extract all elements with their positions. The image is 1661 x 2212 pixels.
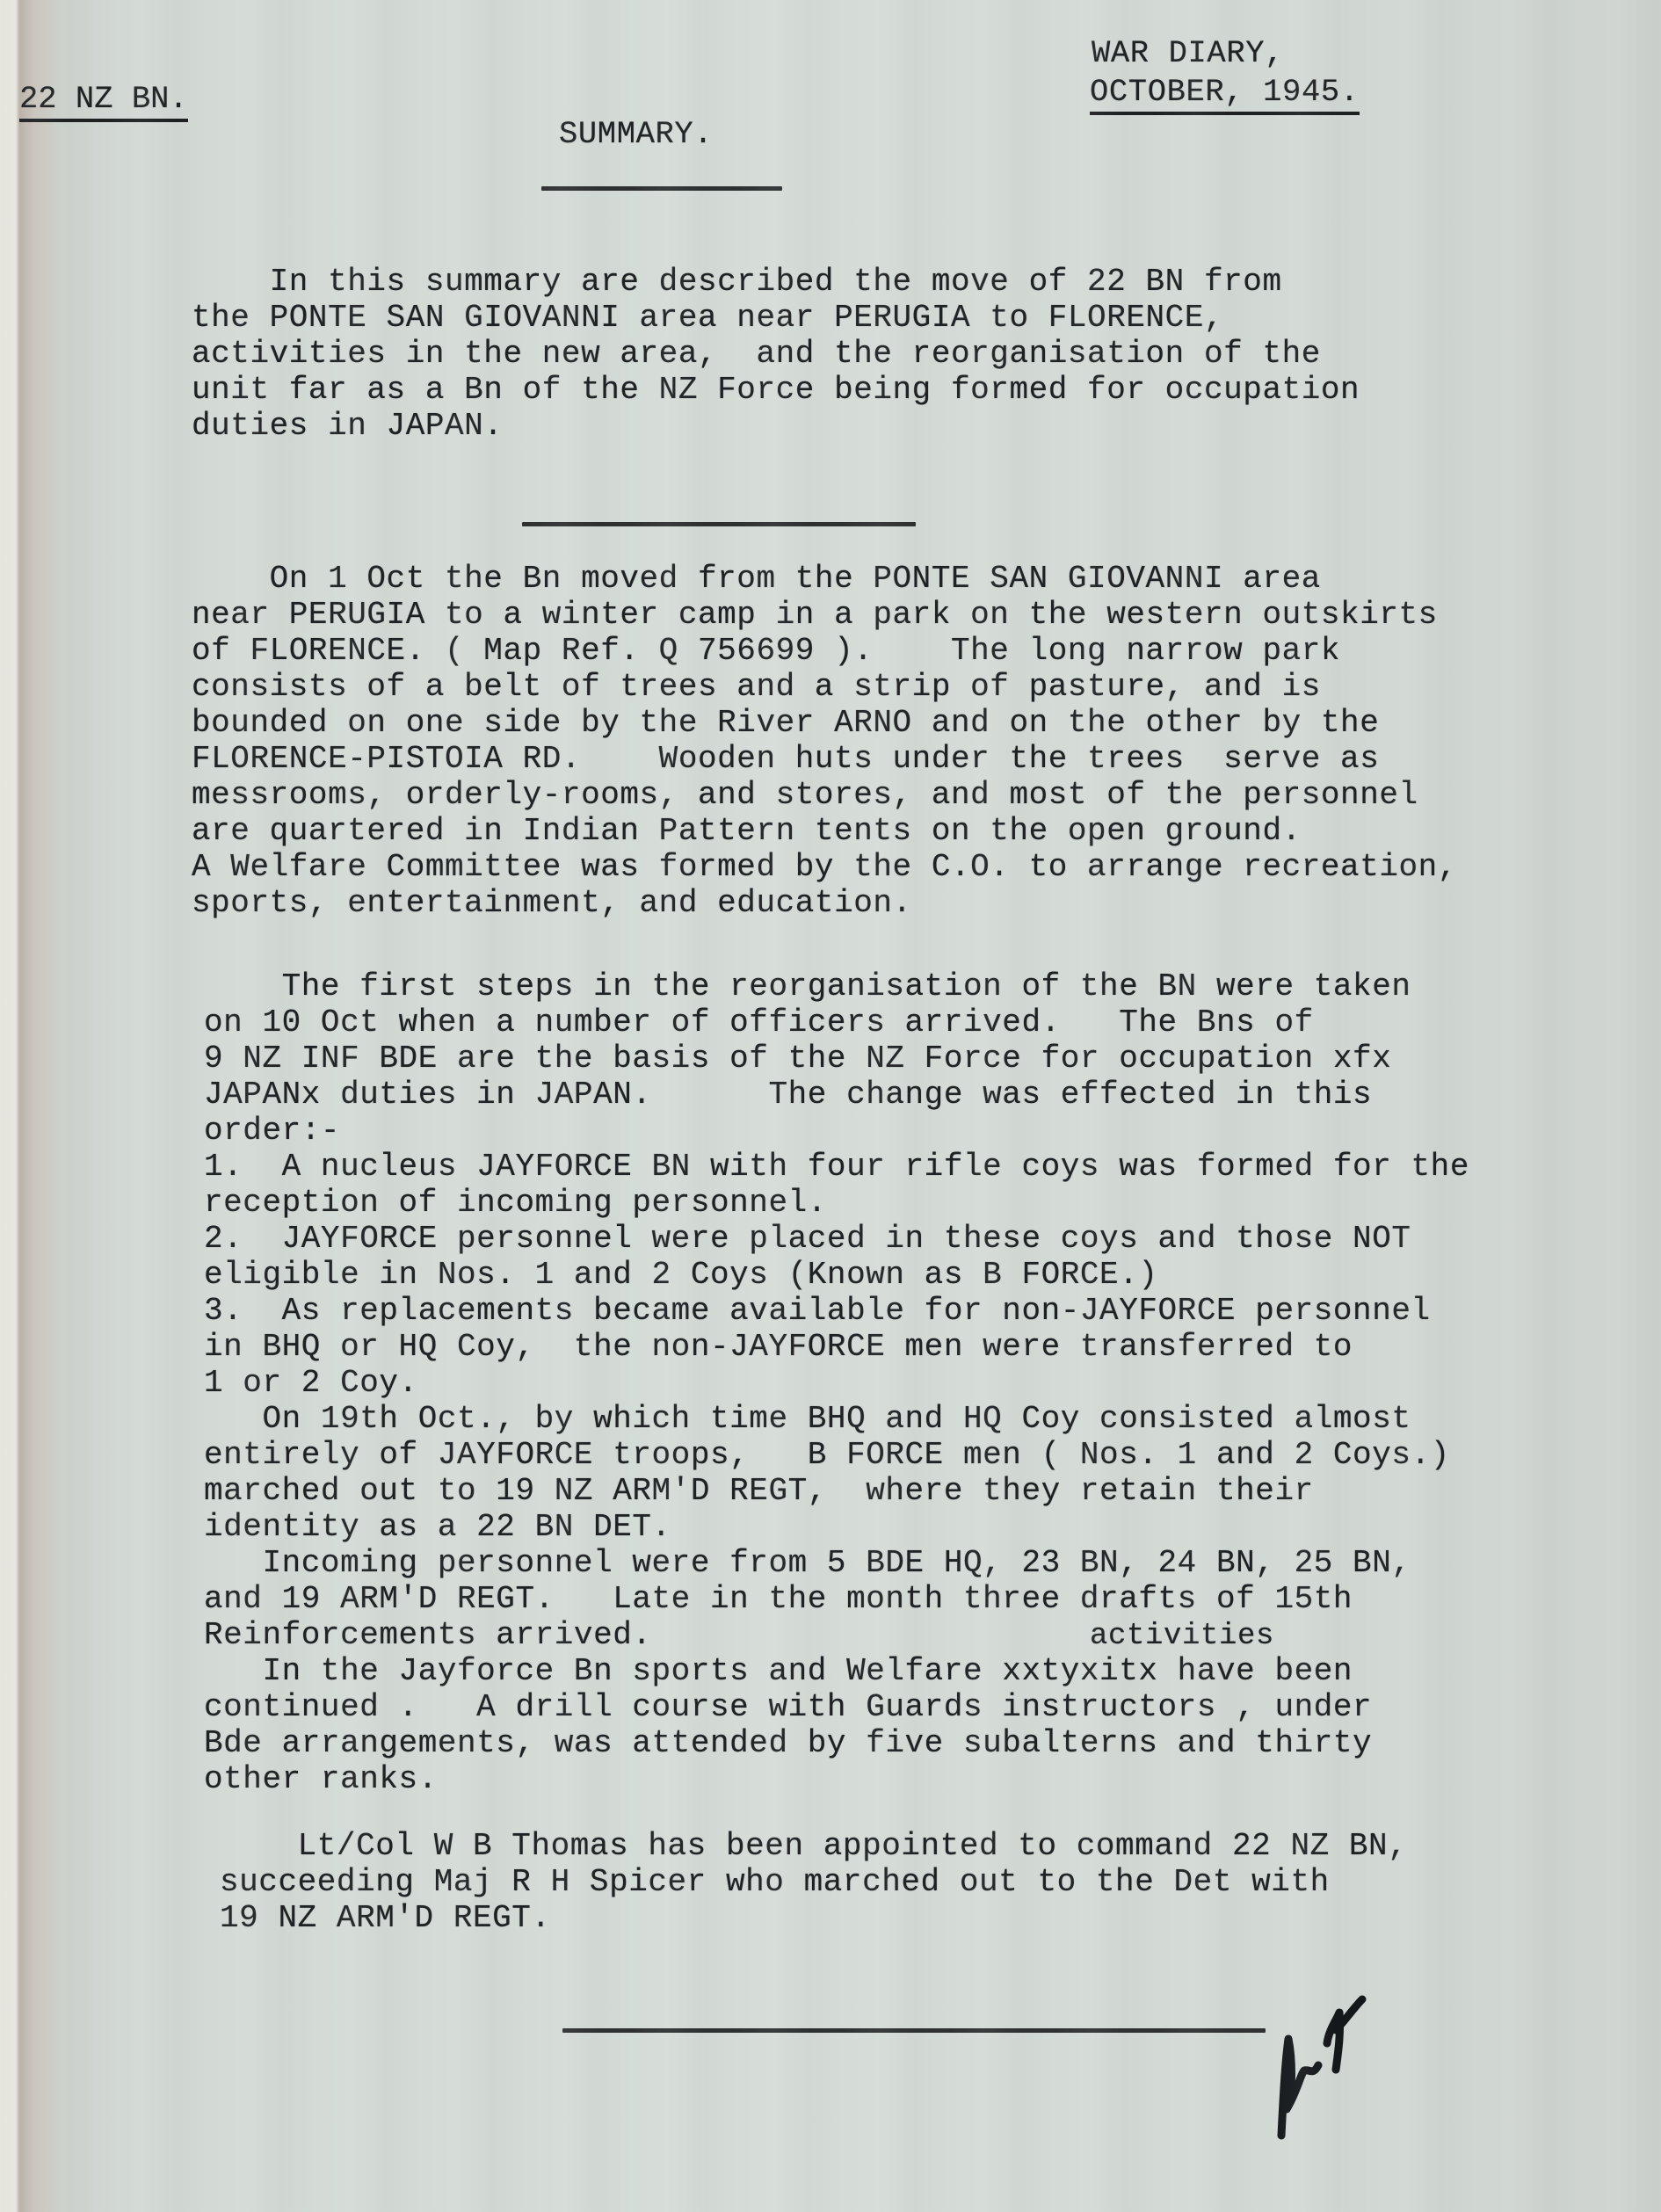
text-line: on 10 Oct when a number of officers arri…	[204, 1004, 1469, 1041]
text-line: 19 NZ ARM'D REGT.	[220, 1900, 1407, 1936]
text-line: FLORENCE-PISTOIA RD. Wooden huts under t…	[192, 741, 1457, 777]
text-line: Reinforcements arrived.	[204, 1617, 1469, 1653]
text-line: 1 or 2 Coy.	[204, 1365, 1469, 1401]
text-line: entirely of JAYFORCE troops, B FORCE men…	[204, 1437, 1469, 1473]
text-line: order:-	[204, 1113, 1469, 1149]
text-line: eligible in Nos. 1 and 2 Coys (Known as …	[204, 1257, 1469, 1293]
text-line: JAPANx duties in JAPAN. The change was e…	[204, 1077, 1469, 1113]
command-paragraph: Lt/Col W B Thomas has been appointed to …	[220, 1828, 1407, 1936]
text-line: continued . A drill course with Guards i…	[204, 1689, 1469, 1725]
diary-date: OCTOBER, 1945.	[1090, 74, 1360, 115]
text-line: The first steps in the reorganisation of…	[204, 968, 1469, 1004]
text-line: marched out to 19 NZ ARM'D REGT, where t…	[204, 1473, 1469, 1509]
text-line: 9 NZ INF BDE are the basis of the NZ For…	[204, 1041, 1469, 1077]
text-line: In this summary are described the move o…	[192, 264, 1360, 300]
move-paragraph: On 1 Oct the Bn moved from the PONTE SAN…	[192, 561, 1457, 921]
text-line: reception of incoming personnel.	[204, 1185, 1469, 1221]
text-line: of FLORENCE. ( Map Ref. Q 756699 ). The …	[192, 633, 1457, 669]
text-line: and 19 ARM'D REGT. Late in the month thr…	[204, 1581, 1469, 1617]
text-line: activities in the new area, and the reor…	[192, 336, 1360, 372]
text-line: duties in JAPAN.	[192, 408, 1360, 444]
intro-paragraph: In this summary are described the move o…	[192, 264, 1360, 444]
document-page: 22 NZ BN. WAR DIARY, OCTOBER, 1945. SUMM…	[0, 0, 1661, 2212]
text-line: messrooms, orderly-rooms, and stores, an…	[192, 777, 1457, 813]
text-line: consists of a belt of trees and a strip …	[192, 669, 1457, 705]
text-line: bounded on one side by the River ARNO an…	[192, 705, 1457, 741]
text-line: other ranks.	[204, 1761, 1469, 1797]
text-line: are quartered in Indian Pattern tents on…	[192, 813, 1457, 849]
heading-rule	[541, 186, 782, 191]
text-line: 2. JAYFORCE personnel were placed in the…	[204, 1221, 1469, 1257]
diary-title: WAR DIARY,	[1092, 35, 1284, 71]
text-line: In the Jayforce Bn sports and Welfare xx…	[204, 1653, 1469, 1689]
text-line: A Welfare Committee was formed by the C.…	[192, 849, 1457, 885]
summary-heading: SUMMARY.	[559, 116, 713, 152]
text-line: 3. As replacements became available for …	[204, 1293, 1469, 1329]
reorganisation-paragraph: The first steps in the reorganisation of…	[204, 968, 1469, 1797]
text-line: On 19th Oct., by which time BHQ and HQ C…	[204, 1401, 1469, 1437]
text-line: 1. A nucleus JAYFORCE BN with four rifle…	[204, 1149, 1469, 1185]
text-line: On 1 Oct the Bn moved from the PONTE SAN…	[192, 561, 1457, 597]
section-divider	[522, 522, 916, 526]
text-line: Lt/Col W B Thomas has been appointed to …	[220, 1828, 1407, 1864]
unit-designation: 22 NZ BN.	[19, 81, 188, 122]
text-line: sports, entertainment, and education.	[192, 885, 1457, 921]
text-line: near PERUGIA to a winter camp in a park …	[192, 597, 1457, 633]
text-line: identity as a 22 BN DET.	[204, 1509, 1469, 1545]
text-line: the PONTE SAN GIOVANNI area near PERUGIA…	[192, 300, 1360, 336]
text-line: Incoming personnel were from 5 BDE HQ, 2…	[204, 1545, 1469, 1581]
interlinear-correction: activities	[1090, 1619, 1274, 1655]
signature-mark	[1274, 1995, 1389, 2144]
text-line: succeeding Maj R H Spicer who marched ou…	[220, 1864, 1407, 1900]
text-line: in BHQ or HQ Coy, the non-JAYFORCE men w…	[204, 1329, 1469, 1365]
closing-rule	[562, 2028, 1266, 2033]
text-line: Bde arrangements, was attended by five s…	[204, 1725, 1469, 1761]
text-line: unit far as a Bn of the NZ Force being f…	[192, 372, 1360, 408]
